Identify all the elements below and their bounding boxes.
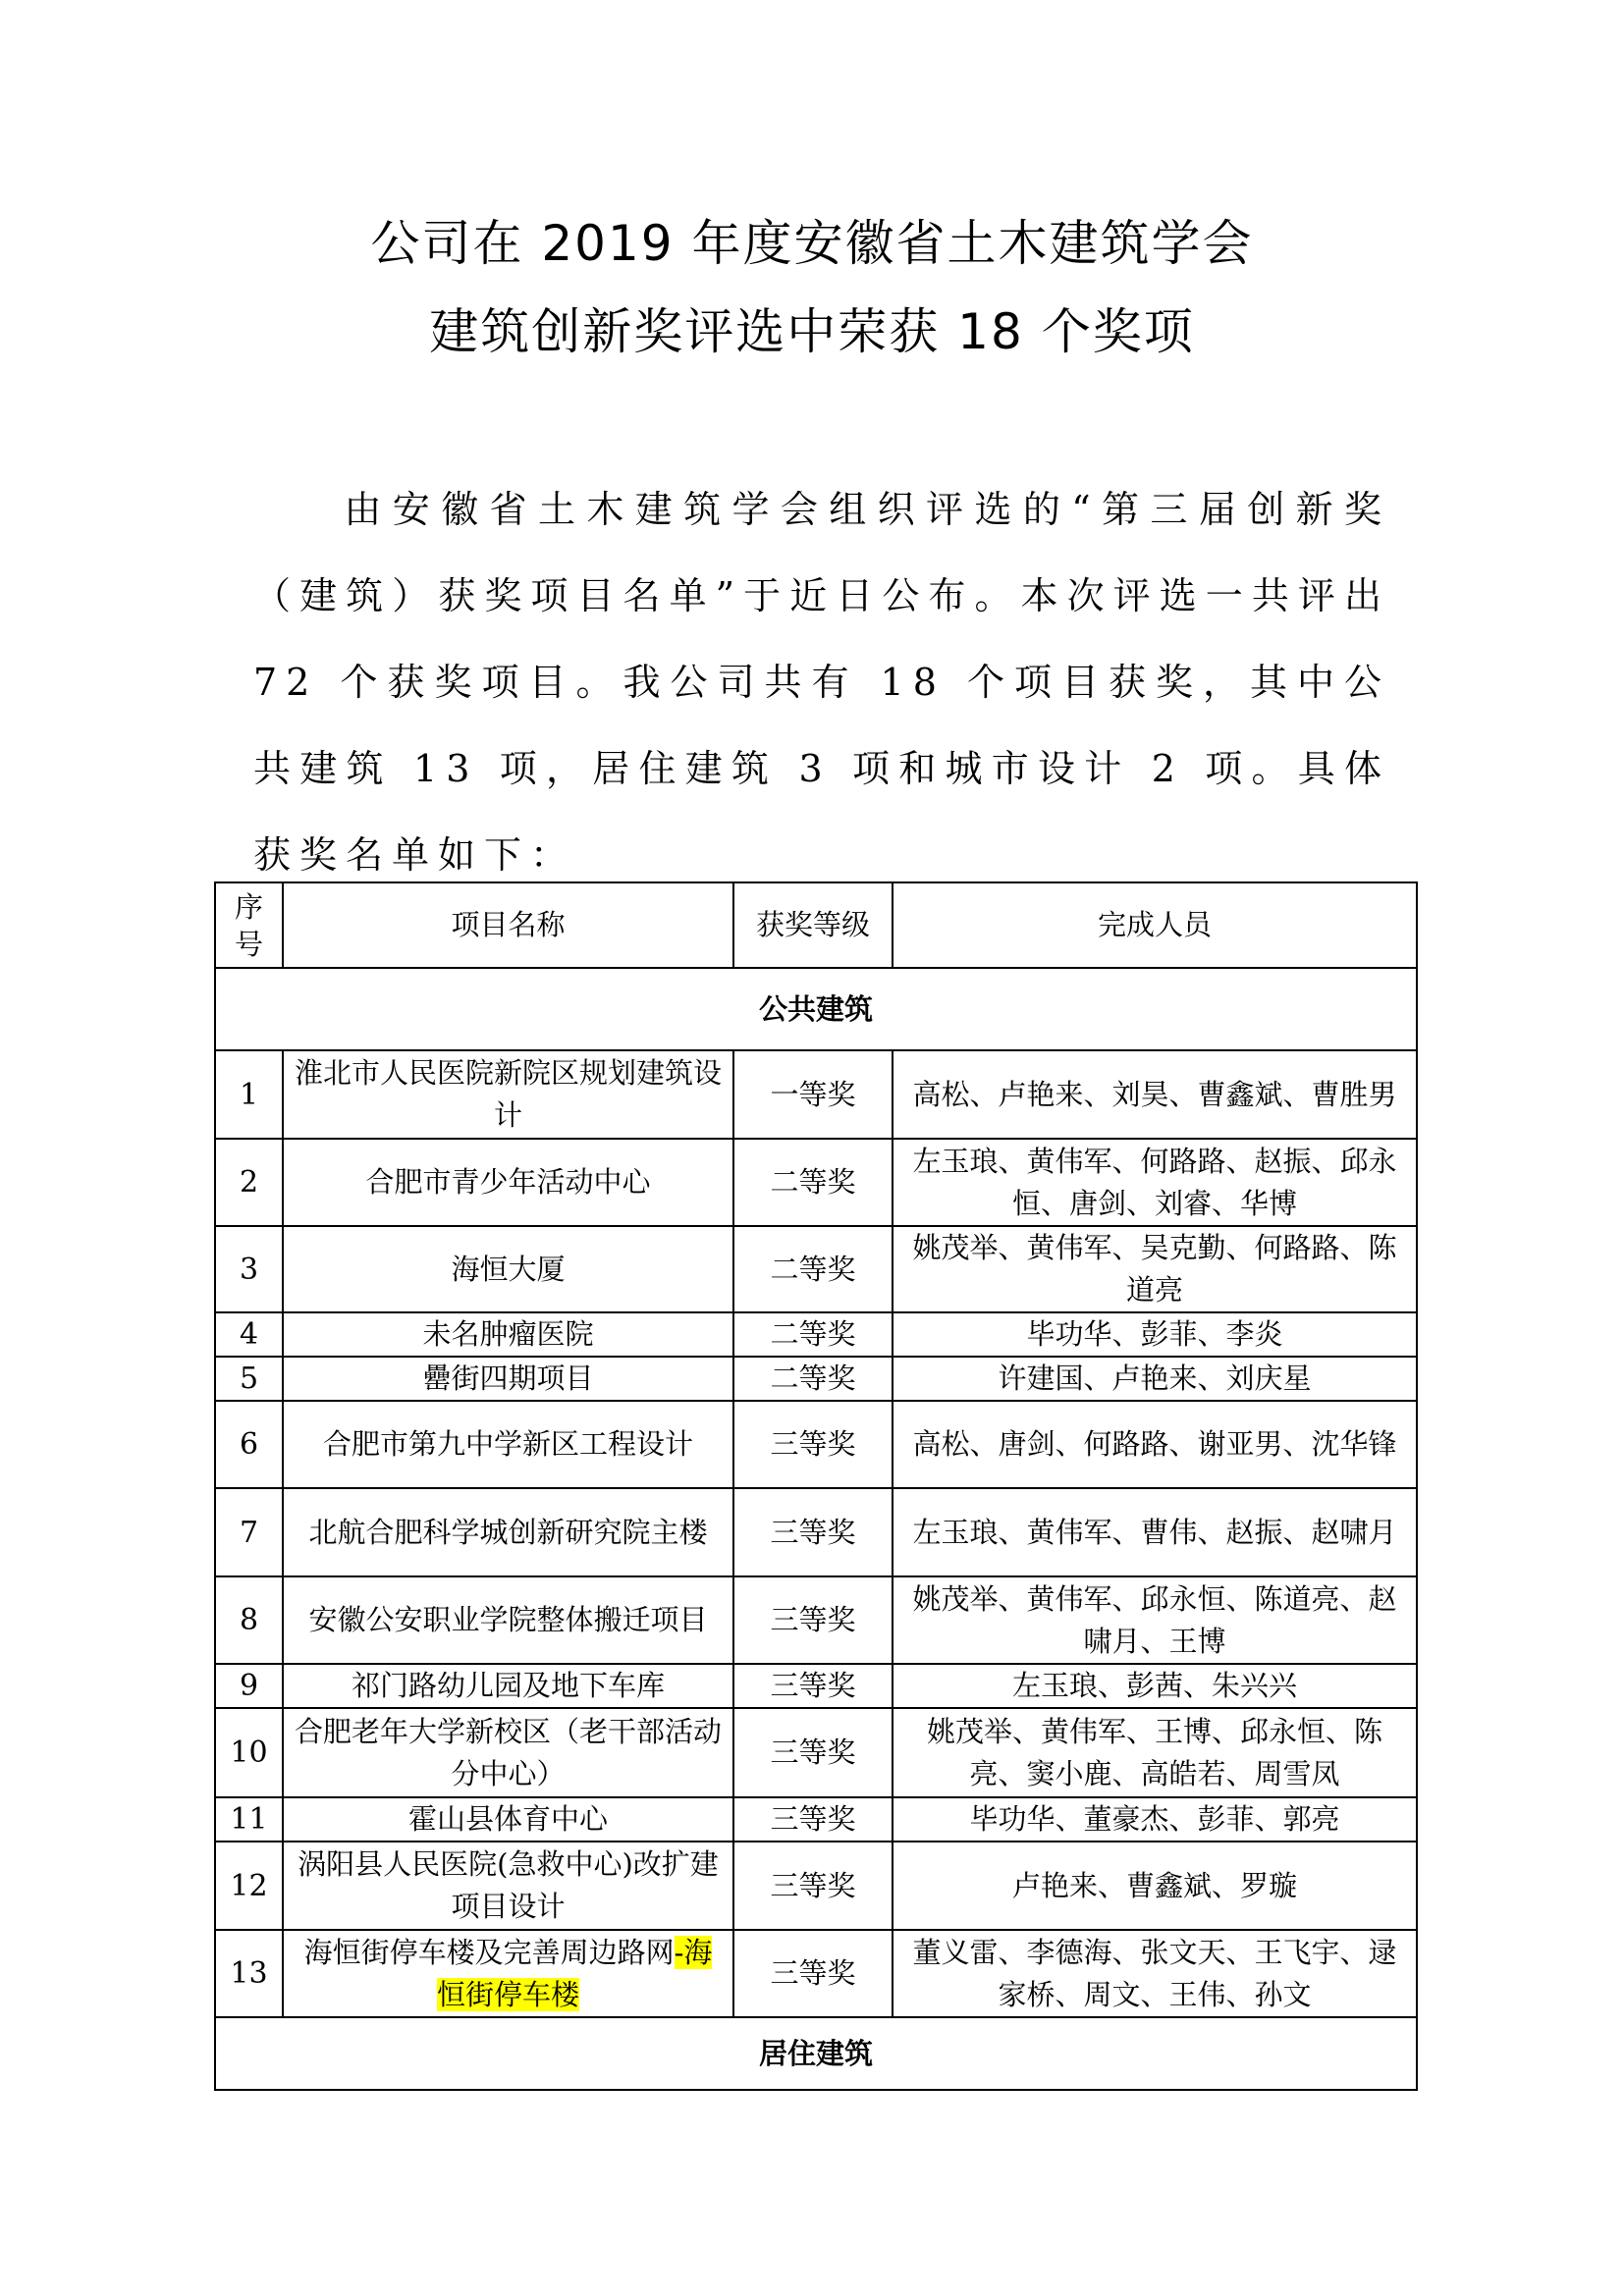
document-title-line-1: 公司在 2019 年度安徽省土木建筑学会 <box>0 214 1624 273</box>
row-project-name: 祁门路幼儿园及地下车库 <box>283 1664 733 1708</box>
table-row: 2 合肥市青少年活动中心 二等奖 左玉琅、黄伟军、何路路、赵振、邱永恒、唐剑、刘… <box>215 1139 1417 1226</box>
row-no: 10 <box>215 1708 283 1797</box>
awards-table: 序号 项目名称 获奖等级 完成人员 公共建筑 1 淮北市人民医院新院区规划建筑设… <box>214 881 1418 2091</box>
table-row: 3 海恒大厦 二等奖 姚茂举、黄伟军、吴克勤、何路路、陈道亮 <box>215 1226 1417 1312</box>
row-no: 11 <box>215 1797 283 1842</box>
row-no: 13 <box>215 1930 283 2017</box>
row-people: 董义雷、李德海、张文天、王飞宇、逯家桥、周文、王伟、孙文 <box>893 1930 1417 2017</box>
row-award-level: 三等奖 <box>733 1708 893 1797</box>
row-people: 姚茂举、黄伟军、邱永恒、陈道亮、赵啸月、王博 <box>893 1576 1417 1664</box>
row-people: 左玉琅、黄伟军、曹伟、赵振、赵啸月 <box>893 1488 1417 1576</box>
section-row-public: 公共建筑 <box>215 968 1417 1050</box>
row-project-name: 海恒街停车楼及完善周边路网-海恒街停车楼 <box>283 1930 733 2017</box>
row-project-name: 海恒大厦 <box>283 1226 733 1312</box>
row-award-level: 二等奖 <box>733 1139 893 1226</box>
row-award-level: 三等奖 <box>733 1842 893 1930</box>
row-people: 卢艳来、曹鑫斌、罗璇 <box>893 1842 1417 1930</box>
row-project-name: 涡阳县人民医院(急救中心)改扩建项目设计 <box>283 1842 733 1930</box>
row-project-name: 霍山县体育中心 <box>283 1797 733 1842</box>
row-people: 左玉琅、黄伟军、何路路、赵振、邱永恒、唐剑、刘睿、华博 <box>893 1139 1417 1226</box>
table-row: 10 合肥老年大学新校区（老干部活动分中心） 三等奖 姚茂举、黄伟军、王博、邱永… <box>215 1708 1417 1797</box>
row-award-level: 三等奖 <box>733 1797 893 1842</box>
row-no: 9 <box>215 1664 283 1708</box>
row-award-level: 三等奖 <box>733 1488 893 1576</box>
row-award-level: 二等奖 <box>733 1312 893 1357</box>
intro-paragraph: 由安徽省土木建筑学会组织评选的“第三届创新奖（建筑）获奖项目名单”于近日公布。本… <box>253 466 1390 898</box>
table-header-row: 序号 项目名称 获奖等级 完成人员 <box>215 882 1417 968</box>
table-row: 9 祁门路幼儿园及地下车库 三等奖 左玉琅、彭茜、朱兴兴 <box>215 1664 1417 1708</box>
header-award-level: 获奖等级 <box>733 882 893 968</box>
row-no: 6 <box>215 1401 283 1488</box>
row-project-name: 未名肿瘤医院 <box>283 1312 733 1357</box>
row-people: 毕功华、董豪杰、彭菲、郭亮 <box>893 1797 1417 1842</box>
row-award-level: 三等奖 <box>733 1401 893 1488</box>
table-row: 13 海恒街停车楼及完善周边路网-海恒街停车楼 三等奖 董义雷、李德海、张文天、… <box>215 1930 1417 2017</box>
row-no: 5 <box>215 1357 283 1401</box>
table-row: 4 未名肿瘤医院 二等奖 毕功华、彭菲、李炎 <box>215 1312 1417 1357</box>
row-award-level: 三等奖 <box>733 1664 893 1708</box>
row-no: 7 <box>215 1488 283 1576</box>
row-project-name: 北航合肥科学城创新研究院主楼 <box>283 1488 733 1576</box>
row-project-name: 安徽公安职业学院整体搬迁项目 <box>283 1576 733 1664</box>
row-award-level: 一等奖 <box>733 1050 893 1139</box>
row-award-level: 二等奖 <box>733 1226 893 1312</box>
row-people: 姚茂举、黄伟军、吴克勤、何路路、陈道亮 <box>893 1226 1417 1312</box>
row-people: 姚茂举、黄伟军、王博、邱永恒、陈亮、窦小鹿、高皓若、周雪凤 <box>893 1708 1417 1797</box>
table-row: 6 合肥市第九中学新区工程设计 三等奖 高松、唐剑、何路路、谢亚男、沈华锋 <box>215 1401 1417 1488</box>
row-no: 3 <box>215 1226 283 1312</box>
row-award-level: 三等奖 <box>733 1930 893 2017</box>
row-project-name: 合肥市第九中学新区工程设计 <box>283 1401 733 1488</box>
document-title-line-2: 建筑创新奖评选中荣获 18 个奖项 <box>0 302 1624 361</box>
row-no: 4 <box>215 1312 283 1357</box>
row-award-level: 二等奖 <box>733 1357 893 1401</box>
section-label: 公共建筑 <box>215 968 1417 1050</box>
table-row: 11 霍山县体育中心 三等奖 毕功华、董豪杰、彭菲、郭亮 <box>215 1797 1417 1842</box>
table-row: 7 北航合肥科学城创新研究院主楼 三等奖 左玉琅、黄伟军、曹伟、赵振、赵啸月 <box>215 1488 1417 1576</box>
row-no: 1 <box>215 1050 283 1139</box>
row-project-name: 罍街四期项目 <box>283 1357 733 1401</box>
row-people: 左玉琅、彭茜、朱兴兴 <box>893 1664 1417 1708</box>
row-no: 12 <box>215 1842 283 1930</box>
row-award-level: 三等奖 <box>733 1576 893 1664</box>
row-no: 8 <box>215 1576 283 1664</box>
row-people: 高松、卢艳来、刘昊、曹鑫斌、曹胜男 <box>893 1050 1417 1139</box>
row-project-name: 合肥老年大学新校区（老干部活动分中心） <box>283 1708 733 1797</box>
row-project-name-plain: 海恒街停车楼及完善周边路网 <box>304 1936 675 1969</box>
section-row-residential: 居住建筑 <box>215 2017 1417 2090</box>
table-row: 1 淮北市人民医院新院区规划建筑设计 一等奖 高松、卢艳来、刘昊、曹鑫斌、曹胜男 <box>215 1050 1417 1139</box>
intro-paragraph-text: 由安徽省土木建筑学会组织评选的“第三届创新奖（建筑）获奖项目名单”于近日公布。本… <box>253 488 1390 877</box>
table-row: 12 涡阳县人民医院(急救中心)改扩建项目设计 三等奖 卢艳来、曹鑫斌、罗璇 <box>215 1842 1417 1930</box>
table-row: 5 罍街四期项目 二等奖 许建国、卢艳来、刘庆星 <box>215 1357 1417 1401</box>
row-people: 许建国、卢艳来、刘庆星 <box>893 1357 1417 1401</box>
row-people: 高松、唐剑、何路路、谢亚男、沈华锋 <box>893 1401 1417 1488</box>
header-project-name: 项目名称 <box>283 882 733 968</box>
row-project-name: 淮北市人民医院新院区规划建筑设计 <box>283 1050 733 1139</box>
header-people: 完成人员 <box>893 882 1417 968</box>
header-no: 序号 <box>215 882 283 968</box>
row-no: 2 <box>215 1139 283 1226</box>
row-people: 毕功华、彭菲、李炎 <box>893 1312 1417 1357</box>
row-project-name: 合肥市青少年活动中心 <box>283 1139 733 1226</box>
table-row: 8 安徽公安职业学院整体搬迁项目 三等奖 姚茂举、黄伟军、邱永恒、陈道亮、赵啸月… <box>215 1576 1417 1664</box>
section-label: 居住建筑 <box>215 2017 1417 2090</box>
